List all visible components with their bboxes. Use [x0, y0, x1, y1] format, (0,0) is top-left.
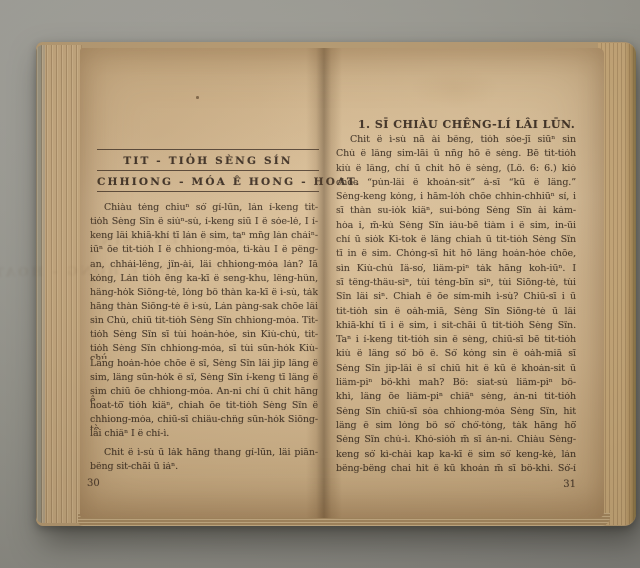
text-line: sī thàn su-io̍k kiâⁿ, sui-bóng Sèng Sîn … [336, 206, 576, 220]
text-line: Sîn lâi siⁿ. Chiah ê ōe sím-mih ì-sù? Ch… [336, 292, 576, 306]
page-stack-left-edge [36, 45, 82, 523]
text-line: Sèng-keng kóng, i hām-lo̍h chōe chhin-ch… [336, 192, 576, 206]
title-rule [97, 191, 319, 192]
text-line: hâng-ho̍k Siōng-tè, lóng bô thàn ka-kī ê… [90, 288, 318, 302]
text-line: hòa i, m̄-kú Sèng Sîn iáu-bē tiàm i ê si… [336, 221, 576, 235]
chapter-title-line2: CHHIONG - MÓA Ê HONG - HOAT. [97, 171, 319, 191]
text-line: tio̍h Sèng Sîn chhiong-móa, sī tùi sūn-h… [90, 344, 318, 358]
page-number-left: 30 [87, 478, 100, 489]
text-line: hāng thàn Siōng-tè ê ì-sù, Lán pàng-sak … [90, 302, 318, 316]
text-line: kóng, Lán tio̍h ēng ka-kī ê seng-khu, lê… [90, 274, 318, 288]
text-line: liâm-piⁿ bô-khì mah? Bô: siat-sú liâm-pi… [336, 378, 576, 392]
text-line: tit-tio̍h sin ê oa̍h-miā, Sèng Sîn Siōng… [336, 307, 576, 321]
text-line: Lâng hoán-hóe chōe ê sî, Sèng Sîn lâi ji… [90, 359, 318, 373]
section-heading: 1. SĪ CHIÀU CHÊNG-LÍ LÂI LŪN. [358, 118, 576, 131]
text-line: Chú ê lâng sim-lāi ū nn̄g hō ê sèng. Bē … [336, 149, 576, 163]
text-line: tio̍h Sèng Sîn sī tùi hoán-hóe, sìn Kiù-… [90, 330, 318, 344]
text-line: lâng ê sim lóng bô só͘ chó͘-tòng, ta̍k h… [336, 421, 576, 435]
text-line: sìn Kiù-chú Iâ-so͘, liâm-piⁿ ta̍k hāng k… [336, 264, 576, 278]
paper-spread: TIT - TIO̍H SÈNG SÍN CHHIONG - MÓA Ê HON… [80, 48, 604, 518]
text-line: sim, lâng sūn-ho̍k ê sî, Sèng Sîn í-keng… [90, 373, 318, 387]
text-line: keng lâi khiā-khí tī lán ê sim, taⁿ mn̄g… [90, 231, 318, 245]
text-line: bêng sit-chāi ū iáⁿ. [90, 462, 318, 476]
text-line: chhiong-móa, chiū-sī chiâu-chn̂g sūn-ho̍… [90, 415, 318, 429]
text-line: chí ū sio̍k Ki-tok ê lâng chiah ū tit-ti… [336, 235, 576, 249]
text-line: an, chhái-lêng, jîn-ài, lâi chhiong-móa … [90, 260, 318, 274]
text-line: hoat-tō͘ tio̍h kiâⁿ, chiah ōe tit-tio̍h … [90, 401, 318, 415]
text-line: khì, lâng ōe liâm-piⁿ chiâⁿ sèng, án-ni … [336, 392, 576, 406]
text-line: kiù ê lâng só͘ bô ê. Só͘ kóng sin ê oa̍h… [336, 349, 576, 363]
text-line: sim chiū ōe chhiong-móa. Án-ni chí ū chi… [90, 387, 318, 401]
text-line: sìn Chú, chiū tit-tio̍h Sèng Sîn chhiong… [90, 316, 318, 330]
text-line: chòe “pún-lâi ê khoán-sit” á-sī “kū ê lâ… [336, 178, 576, 192]
right-page-body-text: Chit ê ì-sù nā ài bêng, tio̍h sòe-jī siū… [336, 135, 576, 478]
text-line: khiā-khí tī i ê sim, i sit-chāi ū tit-ti… [336, 321, 576, 335]
text-line: iūⁿ ōe tit-tio̍h I ê chhiong-móa, tì-kàu… [90, 245, 318, 259]
chapter-title-box: TIT - TIO̍H SÈNG SÍN CHHIONG - MÓA Ê HON… [97, 149, 319, 192]
open-book: TIT - TIO̍H SÈNG SÍN CHHIONG - MÓA Ê HON… [36, 42, 636, 526]
text-line: tio̍h Sèng Sîn ê siúⁿ-sù, í-keng siū I ê… [90, 217, 318, 231]
text-line: bêng-bêng chai hit ê kū khoán m̄ sī bô-k… [336, 464, 576, 478]
text-line: Sèng Sîn chú-ì. Khó-sio̍h m̄ sī án-ni. C… [336, 435, 576, 449]
text-line: Taⁿ i í-keng tit-tio̍h sin ê sèng, chiū-… [336, 335, 576, 349]
left-page-body-text: Chiàu téng chiuⁿ só͘ gí-lūn, lán í-keng … [90, 203, 318, 476]
text-line: Sèng Sîn jip-lâi ê sî chiū hit ê kū ê kh… [336, 364, 576, 378]
text-line: Chit ê ì-sù ū la̍k hāng thang gí-lūn, lâ… [90, 448, 318, 462]
text-line: Chiàu téng chiuⁿ só͘ gí-lūn, lán í-keng … [90, 203, 318, 217]
text-line: tī in ê sim. Chóng-sī hit hō lâng hoán-h… [336, 249, 576, 263]
right-page: 1. SĪ CHIÀU CHÊNG-LÍ LÂI LŪN. Chit ê ì-s… [328, 48, 604, 518]
text-line: sī têng-thâu-siⁿ, tùi téng-bīn siⁿ, tùi … [336, 278, 576, 292]
text-line: keng só͘ kì-chài kap ka-kī ê sim só͘ ken… [336, 450, 576, 464]
chapter-title-line1: TIT - TIO̍H SÈNG SÍN [97, 150, 319, 170]
text-line: Sèng Sîn chiū-sī sòa chhiong-móa Sèng Sî… [336, 407, 576, 421]
text-line: lâi chiâⁿ I ê chí-ì. [90, 429, 318, 443]
text-line: kiù ê lâng, chí ū chi̍t hō ê sèng, (Lô. … [336, 164, 576, 178]
left-page: TIT - TIO̍H SÈNG SÍN CHHIONG - MÓA Ê HON… [80, 48, 318, 518]
page-number-right: 31 [563, 479, 576, 490]
text-line: Chit ê ì-sù nā ài bêng, tio̍h sòe-jī siū… [336, 135, 576, 149]
